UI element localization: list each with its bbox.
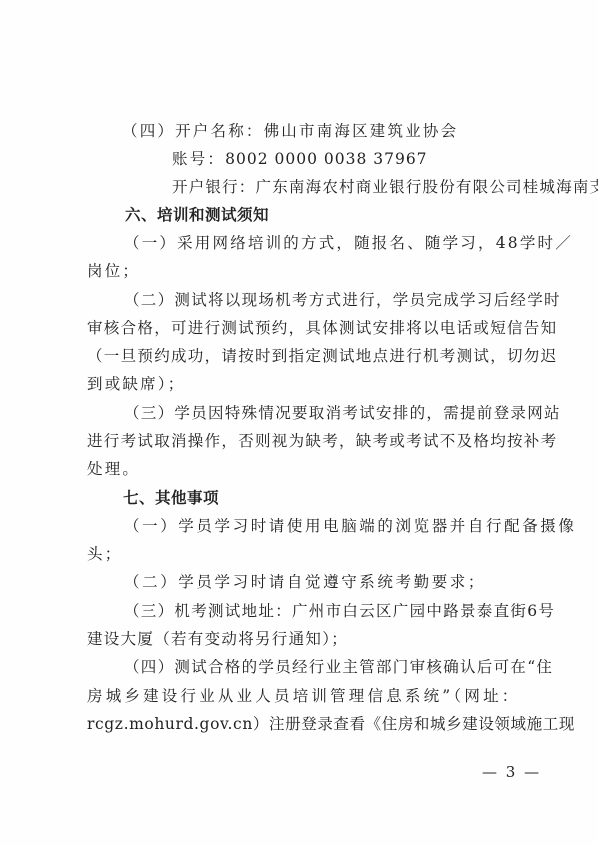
page-number: — 3 — bbox=[482, 763, 541, 781]
bank-value: 广东南海农村商业银行股份有限公司桂城海南支行 bbox=[256, 178, 598, 196]
s6-line-8: 进行考试取消操作，否则视为缺考，缺考或考试不及格均按补考 bbox=[87, 431, 557, 451]
bank-line: 开户银行：广东南海农村商业银行股份有限公司桂城海南支行 bbox=[172, 177, 598, 197]
document-page: （四）开户名称：佛山市南海区建筑业协会 账号：8002 0000 0038 37… bbox=[0, 0, 598, 846]
account-number-value: 8002 0000 0038 37967 bbox=[225, 150, 427, 168]
s6-line-5: （一旦预约成功，请按时到指定测试地点进行机考测试，切勿迟 bbox=[87, 346, 557, 366]
s6-line-3: （二）测试将以现场机考方式进行，学员完成学习后经学时 bbox=[124, 290, 561, 310]
s6-line-1: （一）采用网络培训的方式，随报名、随学习，48学时／ bbox=[124, 233, 573, 253]
account-number-label: 账号： bbox=[172, 150, 225, 168]
section-6-heading: 六、培训和测试须知 bbox=[125, 205, 269, 225]
s6-line-4: 审核合格，可进行测试预约，具体测试安排将以电话或短信告知 bbox=[87, 318, 557, 338]
account-name-label: （四）开户名称： bbox=[122, 122, 264, 140]
section-7-heading: 七、其他事项 bbox=[123, 488, 219, 508]
s7-line-3: （二）学员学习时请自觉遵守系统考勤要求； bbox=[124, 572, 486, 592]
s6-line-2: 岗位； bbox=[87, 261, 140, 281]
bank-label: 开户银行： bbox=[172, 178, 256, 196]
s7-line-6: （四）测试合格的学员经行业主管部门审核确认后可在“住 bbox=[124, 657, 553, 677]
account-name-value: 佛山市南海区建筑业协会 bbox=[264, 122, 459, 140]
s6-line-6: 到或缺席）； bbox=[87, 374, 185, 394]
s7-line-2: 头； bbox=[87, 544, 122, 564]
s7-line-7: 房城乡建设行业从业人员培训管理信息系统”（网址： bbox=[87, 686, 520, 706]
s6-line-7: （三）学员因特殊情况要取消考试安排的，需提前登录网站 bbox=[124, 403, 561, 423]
s7-line-8: rcgz.mohurd.gov.cn）注册登录查看《住房和城乡建设领域施工现 bbox=[87, 714, 575, 734]
account-name-line: （四）开户名称：佛山市南海区建筑业协会 bbox=[122, 121, 458, 141]
s7-line-1: （一）学员学习时请使用电脑端的浏览器并自行配备摄像 bbox=[124, 516, 577, 536]
s6-line-9: 处理。 bbox=[87, 459, 140, 479]
s7-line-5: 建设大厦（若有变动将另行通知）； bbox=[87, 629, 348, 649]
account-number-line: 账号：8002 0000 0038 37967 bbox=[172, 149, 428, 169]
s7-line-4: （三）机考测试地址：广州市白云区广园中路景泰直街6号 bbox=[124, 601, 555, 621]
